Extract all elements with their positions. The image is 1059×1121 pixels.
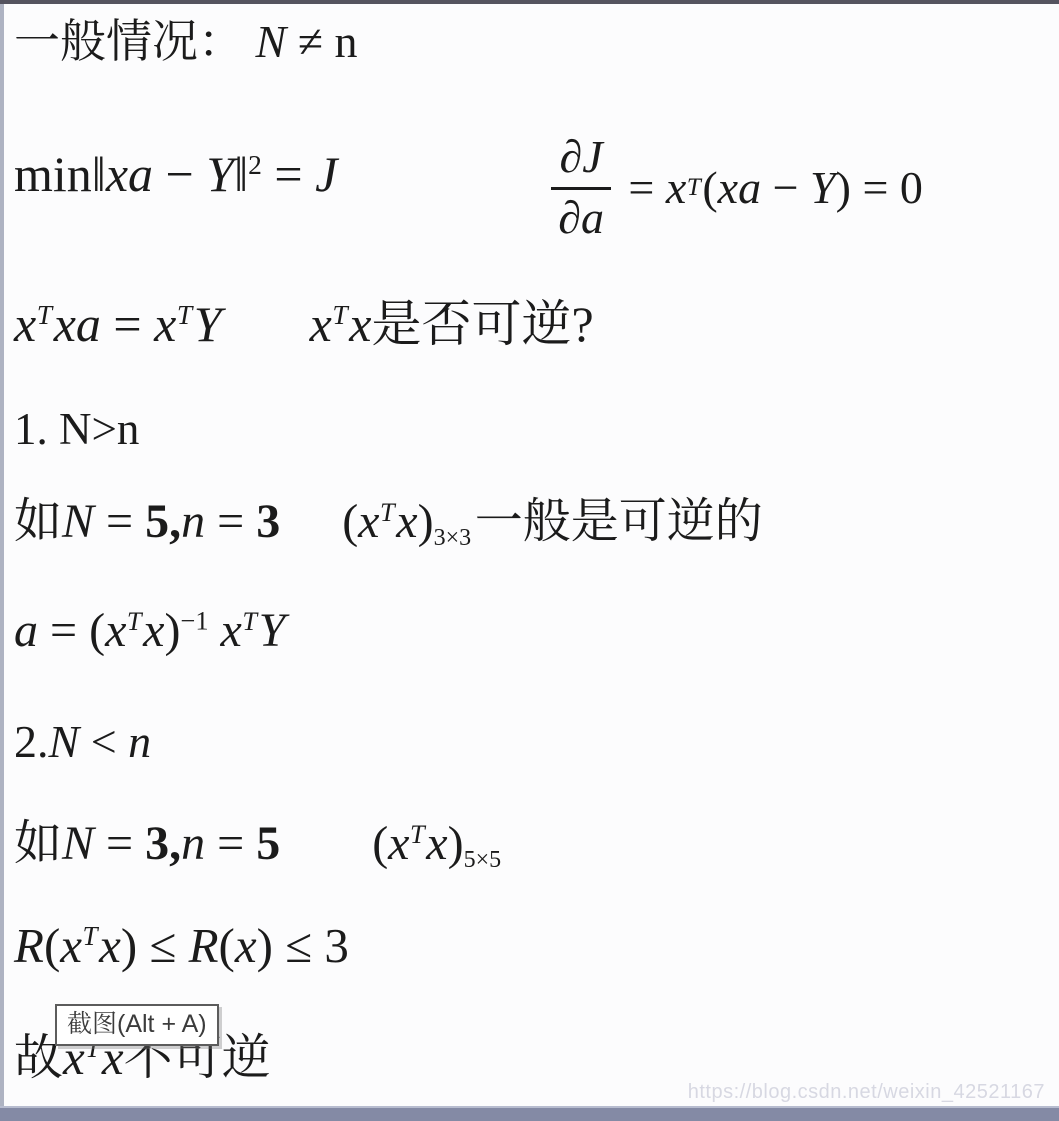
formula-rank-inequality: R(xTx) ≤ R(x) ≤ 3 [14, 918, 349, 974]
bottom-status-bar [0, 1106, 1059, 1121]
tooltip-label: 截图(Alt + A) [67, 1010, 207, 1038]
case-1-heading: 1. N>n [14, 404, 139, 456]
case-2-heading: 2.N < n [14, 716, 151, 769]
window-left-border [0, 4, 4, 1108]
window-top-border [0, 0, 1059, 4]
formula-min-norm: min‖xa − Y‖2 = J [14, 146, 337, 204]
formula-partial-derivative: ∂J∂a = xT(xa − Y) = 0 [550, 104, 923, 272]
lecture-slide: 一般情况： N ≠ n min‖xa − Y‖2 = J ∂J∂a = xT(x… [0, 0, 1059, 1121]
csdn-watermark: https://blog.csdn.net/weixin_42521167 [688, 1081, 1045, 1104]
formula-case1-example: 如N = 5,n = 3(xTx)3×3一般是可逆的 [14, 494, 763, 552]
fraction: ∂J∂a [550, 131, 612, 244]
formula-normal-equation: xTxa = xTYxTx是否可逆? [14, 296, 594, 354]
formula-case2-example: 如N = 3,n = 5(xTx)5×5 [14, 816, 505, 874]
formula-solution-a: a = (xTx)−1 xTY [14, 603, 285, 658]
formula-general-case: 一般情况： N ≠ n [14, 16, 357, 69]
screenshot-shortcut-tooltip: 截图(Alt + A) [55, 1004, 219, 1046]
